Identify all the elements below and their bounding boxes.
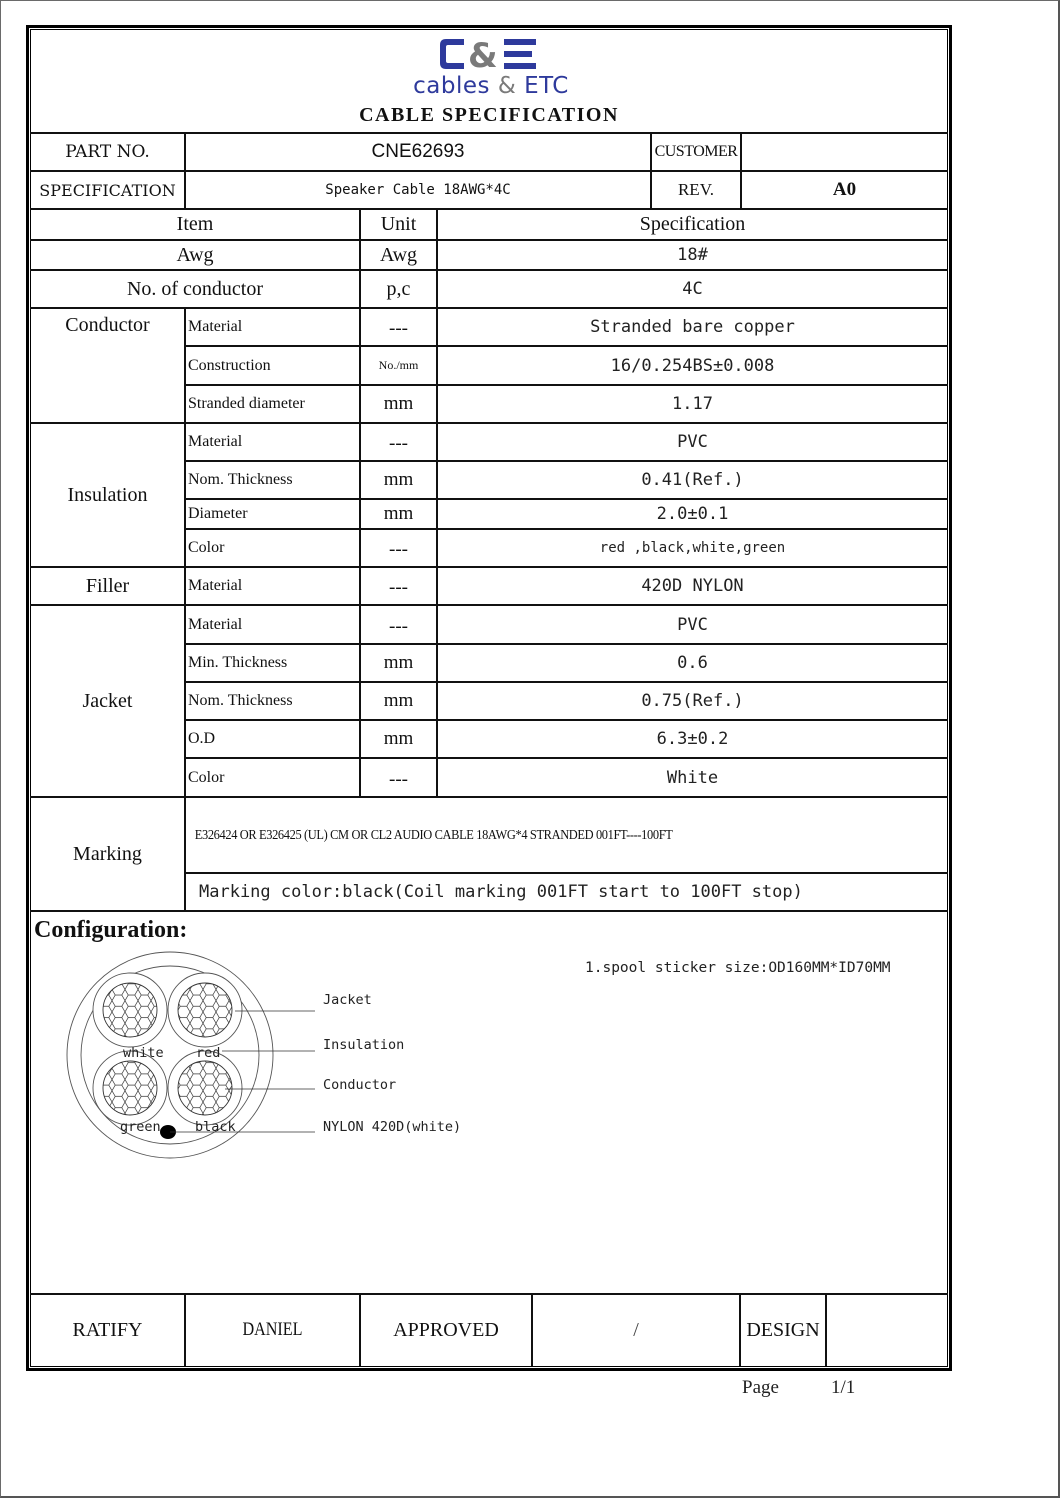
row-item: Construction xyxy=(185,346,360,385)
row-spec: PVC xyxy=(437,423,948,461)
row-item: Nom. Thickness xyxy=(185,461,360,499)
customer-value xyxy=(741,133,948,171)
row-unit: mm xyxy=(360,720,437,758)
company-logo-mark: & xyxy=(438,36,538,72)
conductor-color-label: black xyxy=(195,1119,236,1135)
spool-sticker-note: 1.spool sticker size:OD160MM*ID70MM xyxy=(585,960,891,976)
row-item: Material xyxy=(185,423,360,461)
row-unit: --- xyxy=(360,423,437,461)
callout-label: Insulation xyxy=(323,1037,404,1053)
configuration-title: Configuration: xyxy=(34,917,187,944)
row-spec: 0.41(Ref.) xyxy=(437,461,948,499)
design-label: DESIGN xyxy=(740,1294,826,1366)
page-number: 1/1 xyxy=(831,1377,855,1399)
svg-text:&: & xyxy=(468,36,498,72)
row-item: Material xyxy=(185,567,360,605)
row-spec: PVC xyxy=(437,605,948,644)
marking-line-1: E326424 OR E326425 (UL) CM OR CL2 AUDIO … xyxy=(192,797,888,873)
row-spec: 420D NYLON xyxy=(437,567,948,605)
logo-word-cables: cables xyxy=(413,73,490,99)
row-unit: --- xyxy=(360,758,437,797)
conductor-color-label: red xyxy=(196,1045,220,1061)
group-filler: Filler xyxy=(30,567,185,605)
part-no-value: CNE62693 xyxy=(185,133,651,171)
row-unit: --- xyxy=(360,308,437,346)
row-item: Material xyxy=(185,605,360,644)
callout-label: NYLON 420D(white) xyxy=(323,1119,461,1135)
group-insulation: Insulation xyxy=(30,423,185,567)
header-item: Item xyxy=(30,209,360,240)
conductor-color-label: white xyxy=(123,1045,164,1061)
marking-label: Marking xyxy=(30,797,185,911)
row-item: Min. Thickness xyxy=(185,644,360,682)
row-unit: mm xyxy=(360,499,437,529)
header-specification: Specification xyxy=(437,209,948,240)
row-conductors-unit: p,c xyxy=(360,270,437,308)
specification-label: SPECIFICATION xyxy=(30,171,185,209)
row-spec: White xyxy=(437,758,948,797)
row-conductors-item: No. of conductor xyxy=(30,270,360,308)
row-unit: mm xyxy=(360,461,437,499)
row-item: Material xyxy=(185,308,360,346)
rev-value: A0 xyxy=(741,171,948,209)
design-value xyxy=(826,1294,948,1366)
company-logo-text: cables & ETC xyxy=(396,73,586,99)
ratify-value: DANIEL xyxy=(198,1294,347,1366)
row-unit: mm xyxy=(360,644,437,682)
specification-value: Speaker Cable 18AWG*4C xyxy=(185,171,651,209)
callout-label: Conductor xyxy=(323,1077,396,1093)
row-unit: --- xyxy=(360,567,437,605)
row-spec: 0.75(Ref.) xyxy=(437,682,948,720)
approved-value: / xyxy=(532,1294,740,1366)
rev-label: REV. xyxy=(651,171,741,209)
row-unit: mm xyxy=(360,682,437,720)
conductor-color-label: green xyxy=(120,1119,161,1135)
row-unit: No./mm xyxy=(360,346,437,385)
ratify-label: RATIFY xyxy=(30,1294,185,1366)
row-awg-unit: Awg xyxy=(360,240,437,270)
customer-label: CUSTOMER xyxy=(651,133,741,171)
callout-label: Jacket xyxy=(323,992,372,1008)
row-item: Color xyxy=(185,758,360,797)
row-item: Nom. Thickness xyxy=(185,682,360,720)
row-item: O.D xyxy=(185,720,360,758)
row-spec: red ,black,white,green xyxy=(437,529,948,567)
row-item: Stranded diameter xyxy=(185,385,360,423)
row-awg-item: Awg xyxy=(30,240,360,270)
row-item: Color xyxy=(185,529,360,567)
row-unit: mm xyxy=(360,385,437,423)
row-spec: 0.6 xyxy=(437,644,948,682)
logo-ampersand: & xyxy=(498,73,516,99)
row-awg-spec: 18# xyxy=(437,240,948,270)
logo-word-etc: ETC xyxy=(524,73,569,99)
group-jacket: Jacket xyxy=(30,605,185,797)
marking-line-2: Marking color:black(Coil marking 001FT s… xyxy=(196,873,948,911)
page-label: Page xyxy=(742,1377,779,1399)
row-spec: 16/0.254BS±0.008 xyxy=(437,346,948,385)
approved-label: APPROVED xyxy=(360,1294,532,1366)
row-unit: --- xyxy=(360,529,437,567)
row-unit: --- xyxy=(360,605,437,644)
header-unit: Unit xyxy=(360,209,437,240)
row-spec: 6.3±0.2 xyxy=(437,720,948,758)
group-conductor: Conductor xyxy=(30,308,185,423)
document-title: CABLE SPECIFICATION xyxy=(30,104,948,127)
row-spec: 2.0±0.1 xyxy=(437,499,948,529)
row-spec: Stranded bare copper xyxy=(437,308,948,346)
row-item: Diameter xyxy=(185,499,360,529)
row-spec: 1.17 xyxy=(437,385,948,423)
row-conductors-spec: 4C xyxy=(437,270,948,308)
part-no-label: PART NO. xyxy=(30,133,185,171)
